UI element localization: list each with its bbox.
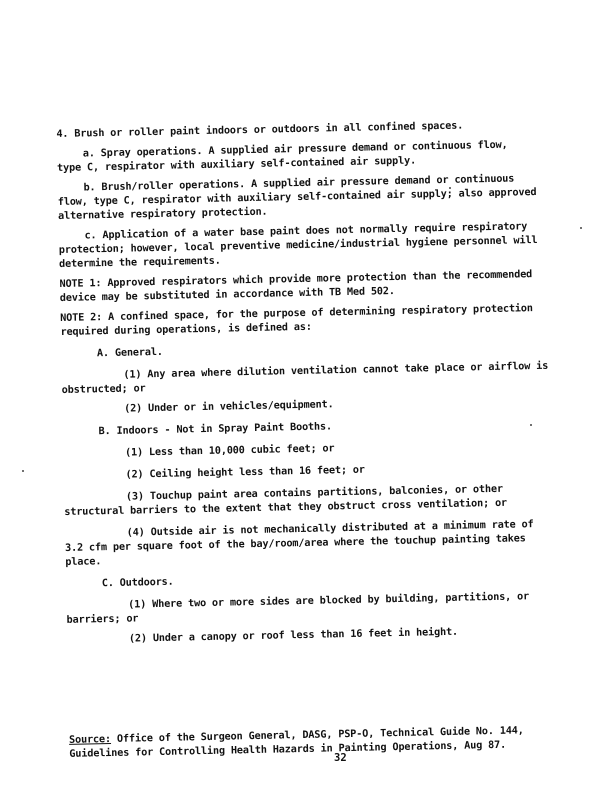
note-2-line1: NOTE 2: A confined space, for the purpos… — [60, 303, 533, 324]
note-1-line1: NOTE 1: Approved respirators which provi… — [59, 269, 532, 290]
section-c-item2: (2) Under a canopy or roof less than 16 … — [129, 627, 458, 645]
item-c-line3: determine the requirements. — [59, 256, 221, 270]
item-b-line3: alternative respiratory protection. — [58, 207, 268, 222]
section-c-item1-line1: (1) Where two or more sides are blocked … — [128, 591, 529, 610]
section-b-item4-line3: place. — [65, 556, 101, 568]
note-2-line2: required during operations, is defined a… — [60, 322, 311, 338]
scan-speck — [530, 424, 532, 426]
source-label: Source: — [69, 734, 111, 746]
item-4: 4. Brush or roller paint indoors or outd… — [56, 121, 463, 141]
section-a-item1-line1: (1) Any area where dilution ventilation … — [123, 361, 548, 381]
section-a-heading: A. General. — [97, 347, 163, 359]
section-b-heading: B. Indoors - Not in Spray Paint Booths. — [99, 421, 333, 437]
document-page: 4. Brush or roller paint indoors or outd… — [0, 0, 611, 792]
item-a-line1: a. Spray operations. A supplied air pres… — [83, 140, 508, 160]
scan-speck — [449, 187, 451, 189]
section-a-item1-line2: obstructed; or — [62, 383, 146, 396]
scan-speck — [580, 227, 582, 229]
section-a-item2: (2) Under or in vehicles/equipment. — [124, 399, 334, 414]
scan-speck — [22, 470, 24, 472]
page-number: 32 — [334, 752, 347, 764]
section-c-item1-line2: barriers; or — [66, 613, 138, 626]
section-b-item1: (1) Less than 10,000 cubic feet; or — [125, 443, 335, 458]
section-c-heading: C. Outdoors. — [102, 577, 174, 590]
section-b-item2: (2) Ceiling height less than 16 feet; or — [125, 465, 365, 481]
